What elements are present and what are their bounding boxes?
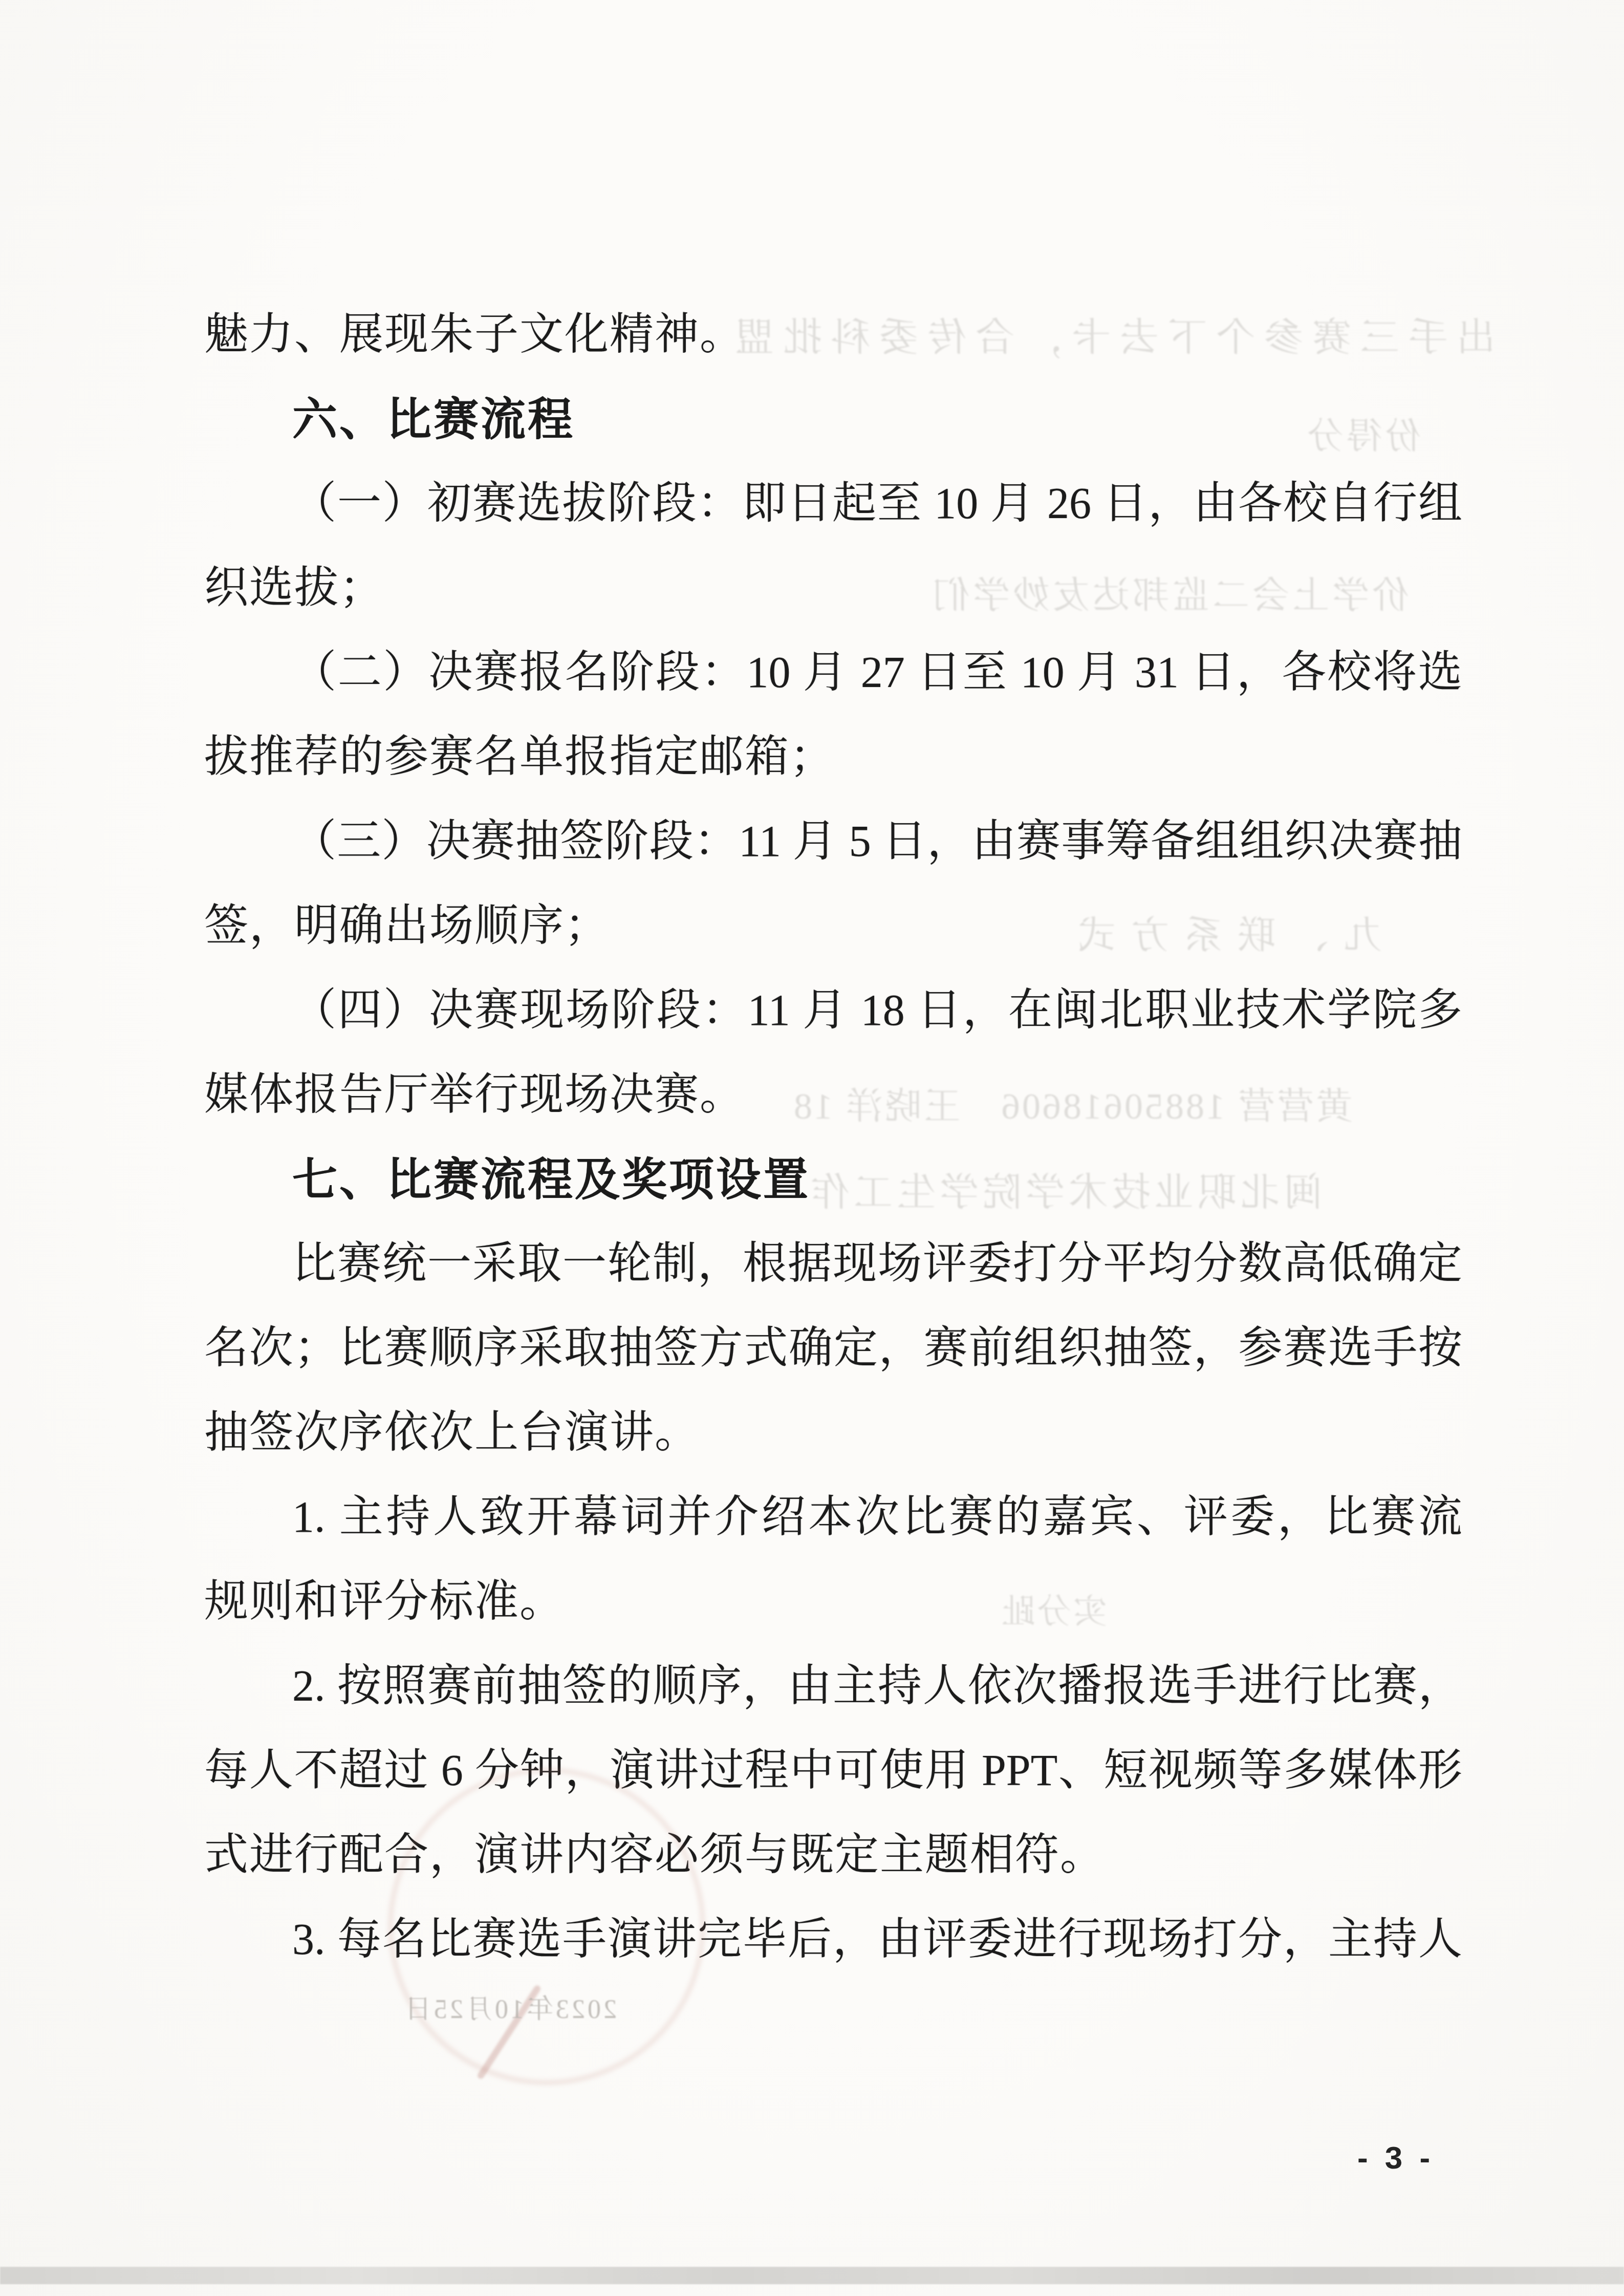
bleed-through-text: 份得分 <box>1300 407 1425 459</box>
text-line: （一）初赛选拔阶段：即日起至 10 月 26 日，由各校自行组 <box>204 461 1462 546</box>
text-line: 式进行配合，演讲内容必须与既定主题相符。 <box>204 1813 1462 1897</box>
document-text: 魅力、展现朱子文化精神。六、比赛流程（一）初赛选拔阶段：即日起至 10 月 26… <box>204 292 1462 1982</box>
text-line: 1. 主持人致开幕词并介绍本次比赛的嘉宾、评委，比赛流程、 <box>204 1475 1462 1559</box>
seal-stamp-circle <box>388 1768 705 2085</box>
seal-stamp-date-mirrored: 2023年10月25日 <box>376 1987 617 2026</box>
text-line: 拔推荐的参赛名单报指定邮箱； <box>204 715 1462 799</box>
bleed-through-text: 闽北职业技术学院学生工作 <box>798 1161 1331 1217</box>
text-line: 每人不超过 6 分钟，演讲过程中可使用 PPT、短视频等多媒体形 <box>204 1728 1462 1813</box>
scanned-page: 魅力、展现朱子文化精神。六、比赛流程（一）初赛选拔阶段：即日起至 10 月 26… <box>0 0 1624 2296</box>
text-line: （三）决赛抽签阶段：11 月 5 日，由赛事筹备组组织决赛抽 <box>204 799 1462 884</box>
text-line: 比赛统一采取一轮制，根据现场评委打分平均分数高低确定 <box>204 1221 1462 1306</box>
text-line: 抽签次序依次上台演讲。 <box>204 1390 1462 1475</box>
bleed-through-text: 价学上会二监邦达友妙学们 <box>924 565 1415 618</box>
text-line: 2. 按照赛前抽签的顺序，由主持人依次播报选手进行比赛， <box>204 1644 1462 1728</box>
bleed-through-text: 实分趾 <box>995 1584 1111 1633</box>
bleed-through-text: 九、联系方式 <box>1053 905 1391 959</box>
bleed-through-text: 出手三赛参个下去卡，合传委科批盟 <box>711 306 1510 362</box>
scan-edge-artifact <box>0 2267 1624 2284</box>
bleed-through-text: 黄营营 18850618606 王晓洋 18 <box>688 1076 1456 1129</box>
text-line: （四）决赛现场阶段：11 月 18 日，在闽北职业技术学院多 <box>204 968 1462 1053</box>
text-line: 名次；比赛顺序采取抽签方式确定，赛前组织抽签，参赛选手按 <box>204 1306 1462 1390</box>
page-number: - 3 - <box>1357 2140 1434 2176</box>
text-line: 规则和评分标准。 <box>204 1559 1462 1644</box>
text-line: （二）决赛报名阶段：10 月 27 日至 10 月 31 日，各校将选 <box>204 630 1462 715</box>
section-heading: 六、比赛流程 <box>204 377 1462 461</box>
